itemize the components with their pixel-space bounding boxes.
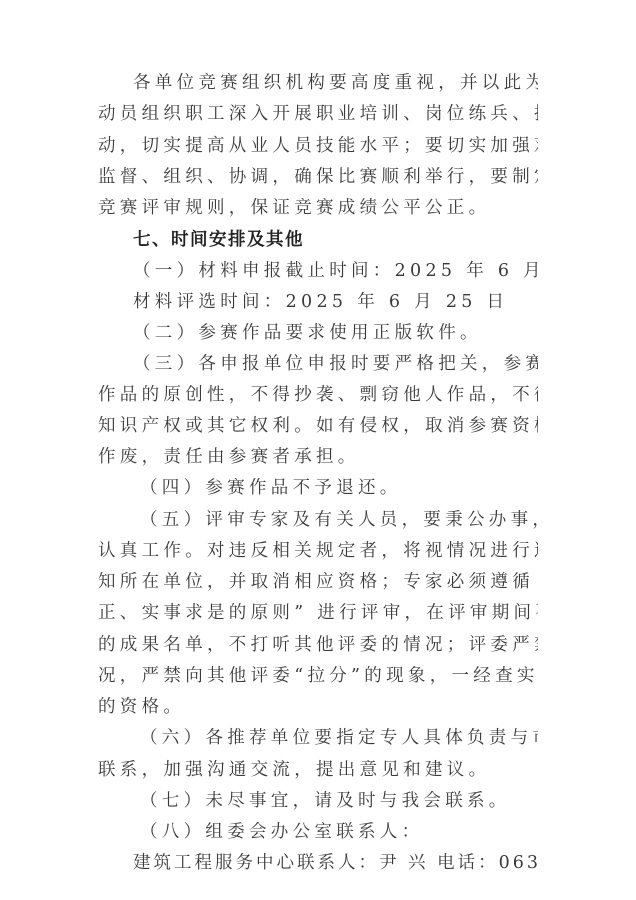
paragraph-line: 竞赛评审规则，保证竞赛成绩公平公正。 (98, 195, 538, 221)
paragraph-line: 各单位竞赛组织机构要高度重视，并以此为契机，广泛 (133, 70, 538, 96)
item-3-line: （三）各申报单位申报时要严格把关，参赛者必须保证 (133, 351, 538, 377)
item-1-line: 材料评选时间：2025 年 6 月 25 日 (133, 289, 538, 315)
item-1-line: （一）材料申报截止时间：2025 年 6 月 22 日 (133, 258, 538, 284)
section-heading: 七、时间安排及其他 (133, 227, 573, 253)
item-5-line: 况，严禁向其他评委“拉分”的现象，一经查实将取消评委 (98, 663, 538, 689)
item-6-line: 联系，加强沟通交流，提出意见和建议。 (98, 757, 538, 783)
paragraph-line: 监督、组织、协调，确保比赛顺利举行，要制定严谨周密的 (98, 164, 538, 190)
document-page: 各单位竞赛组织机构要高度重视，并以此为契机，广泛 动员组织职工深入开展职业培训、… (0, 0, 636, 900)
item-3-line: 作废，责任由参赛者承担。 (98, 444, 538, 470)
item-8-line: （八）组委会办公室联系人： (140, 819, 538, 845)
item-7-line: （七）未尽事宜，请及时与我会联系。 (140, 788, 538, 814)
item-5-line: 知所在单位，并取消相应资格；专家必须遵循 “公平、公 (98, 569, 538, 595)
item-4-line: （四）参赛作品不予退还。 (140, 475, 538, 501)
paragraph-line: 动员组织职工深入开展职业培训、岗位练兵、技能竞赛等活 (98, 101, 538, 127)
item-5-line: 的资格。 (98, 694, 538, 720)
item-5-line: （五）评审专家及有关人员，要秉公办事，廉洁自律， (140, 507, 538, 533)
item-5-line: 正、实事求是的原则” 进行评审，在评审期间不得泄露本组 (98, 600, 538, 626)
item-5-line: 认真工作。对违反相关规定者，将视情况进行通报批评或通 (98, 538, 538, 564)
paragraph-line: 动，切实提高从业人员技能水平；要切实加强对竞赛活动的 (98, 133, 538, 159)
item-3-line: 知识产权或其它权利。如有侵权，取消参赛资格，申报材料 (98, 413, 538, 439)
item-6-line: （六）各推荐单位要指定专人具体负责与市建筑业协会 (140, 725, 538, 751)
item-5-line: 的成果名单，不打听其他评委的情况；评委严禁泄露评分情 (98, 632, 538, 658)
item-2-line: （二）参赛作品要求使用正版软件。 (133, 320, 538, 346)
item-3-line: 作品的原创性，不得抄袭、剽窃他人作品，不得侵犯第三方 (98, 382, 538, 408)
contact-line: 建筑工程服务中心联系人：尹 兴 电话：0631-5230506 (133, 850, 543, 876)
